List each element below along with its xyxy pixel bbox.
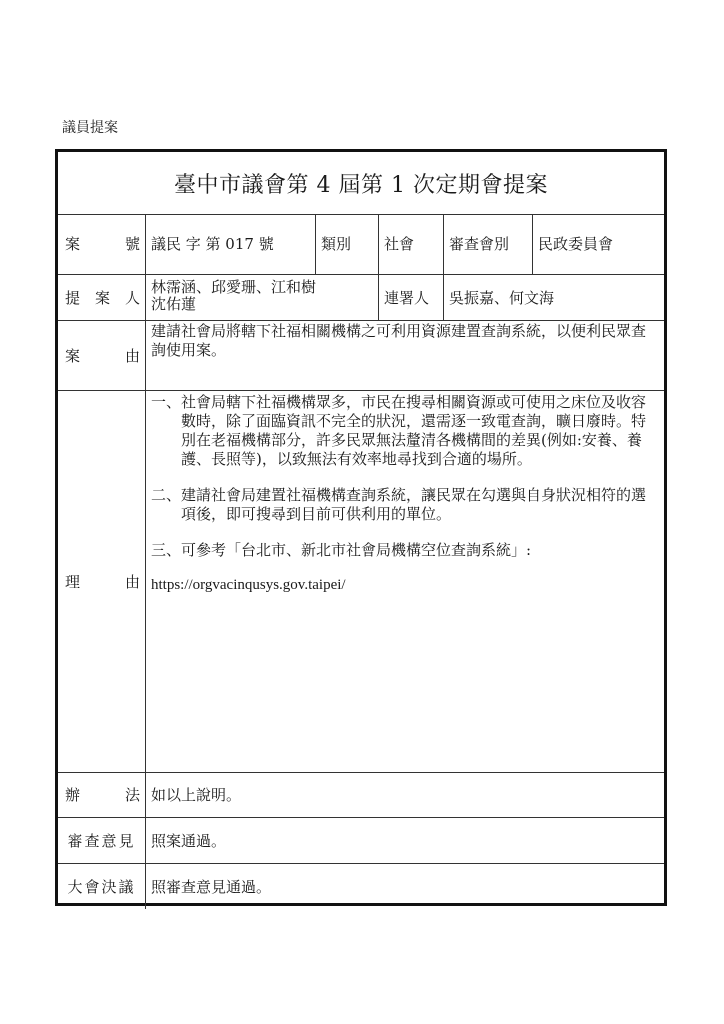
- subject-label: 案 由: [58, 321, 146, 390]
- reasons-row: 理 由 一、 社會局轄下社福機構眾多，市民在搜尋相關資源或可使用之床位及收容數時…: [58, 391, 664, 773]
- label-char: 法: [125, 786, 140, 804]
- reasons-body: 一、 社會局轄下社福機構眾多，市民在搜尋相關資源或可使用之床位及收容數時，除了面…: [146, 391, 664, 772]
- reason-number: 一、: [151, 393, 181, 469]
- subject-text: 建請社會局將轄下社福相關機構之可利用資源建置查詢系統，以便利民眾查詢使用案。: [146, 321, 664, 390]
- proposal-form: 臺中市議會第 4 屆第 1 次定期會提案 案 號 議民 字 第 017 號 類別…: [55, 149, 667, 906]
- assembly-resolution-row: 大會決議 照審查意見通過。: [58, 864, 664, 909]
- label-char: 由: [125, 573, 140, 591]
- label-char: 提: [65, 289, 80, 307]
- proposers-names: 林霈涵、邱愛珊、江和樹 沈佑蓮: [146, 275, 379, 320]
- review-opinion-label: 審查意見: [58, 818, 146, 863]
- label-char: 案: [65, 235, 80, 253]
- cosigners-value: 吳振嘉、何文海: [444, 275, 664, 320]
- label-char: 理: [65, 573, 80, 591]
- reason-text: 社會局轄下社福機構眾多，市民在搜尋相關資源或可使用之床位及收容數時，除了面臨資訊…: [181, 393, 658, 469]
- form-title: 臺中市議會第 4 屆第 1 次定期會提案: [58, 152, 664, 215]
- method-label: 辦 法: [58, 773, 146, 817]
- label-char: 號: [125, 235, 140, 253]
- case-number-row: 案 號 議民 字 第 017 號 類別 社會 審查會別 民政委員會: [58, 214, 664, 275]
- reason-text: 可參考「台北市、新北市社會局機構空位查詢系統」:: [181, 541, 658, 560]
- method-text: 如以上說明。: [146, 773, 664, 817]
- case-number-label: 案 號: [58, 214, 146, 274]
- reason-number: 三、: [151, 541, 181, 560]
- method-row: 辦 法 如以上說明。: [58, 773, 664, 818]
- label-char: 案: [95, 289, 110, 307]
- reference-url[interactable]: https://orgvacinqusys.gov.taipei/: [151, 576, 658, 595]
- review-opinion-text: 照案通過。: [146, 818, 664, 863]
- label-char: 人: [125, 289, 140, 307]
- subject-row: 案 由 建請社會局將轄下社福相關機構之可利用資源建置查詢系統，以便利民眾查詢使用…: [58, 321, 664, 391]
- label-char: 案: [65, 347, 80, 365]
- committee-label: 審查會別: [444, 214, 533, 274]
- proposers-line: 林霈涵、邱愛珊、江和樹: [151, 279, 373, 296]
- label-char: 由: [125, 347, 140, 365]
- reasons-label: 理 由: [58, 391, 146, 772]
- cosigner-label: 連署人: [379, 275, 444, 320]
- document-type-label: 議員提案: [62, 117, 118, 137]
- category-value: 社會: [379, 214, 444, 274]
- reason-text: 建請社會局建置社福機構查詢系統，讓民眾在勾選與自身狀況相符的選項後，即可搜尋到目…: [181, 486, 658, 524]
- reason-item-2: 二、 建請社會局建置社福機構查詢系統，讓民眾在勾選與自身狀況相符的選項後，即可搜…: [151, 486, 658, 524]
- committee-value: 民政委員會: [533, 214, 664, 274]
- category-label: 類別: [316, 214, 379, 274]
- assembly-resolution-text: 照審查意見通過。: [146, 864, 664, 909]
- proposers-line: 沈佑蓮: [151, 296, 373, 313]
- reason-number: 二、: [151, 486, 181, 524]
- proposers-row: 提 案 人 林霈涵、邱愛珊、江和樹 沈佑蓮 連署人 吳振嘉、何文海: [58, 275, 664, 321]
- proposers-label: 提 案 人: [58, 275, 146, 320]
- case-number-value: 議民 字 第 017 號: [146, 214, 316, 274]
- review-opinion-row: 審查意見 照案通過。: [58, 818, 664, 864]
- reason-item-1: 一、 社會局轄下社福機構眾多，市民在搜尋相關資源或可使用之床位及收容數時，除了面…: [151, 393, 658, 469]
- reason-item-3: 三、 可參考「台北市、新北市社會局機構空位查詢系統」:: [151, 541, 658, 560]
- assembly-resolution-label: 大會決議: [58, 864, 146, 909]
- label-char: 辦: [65, 786, 80, 804]
